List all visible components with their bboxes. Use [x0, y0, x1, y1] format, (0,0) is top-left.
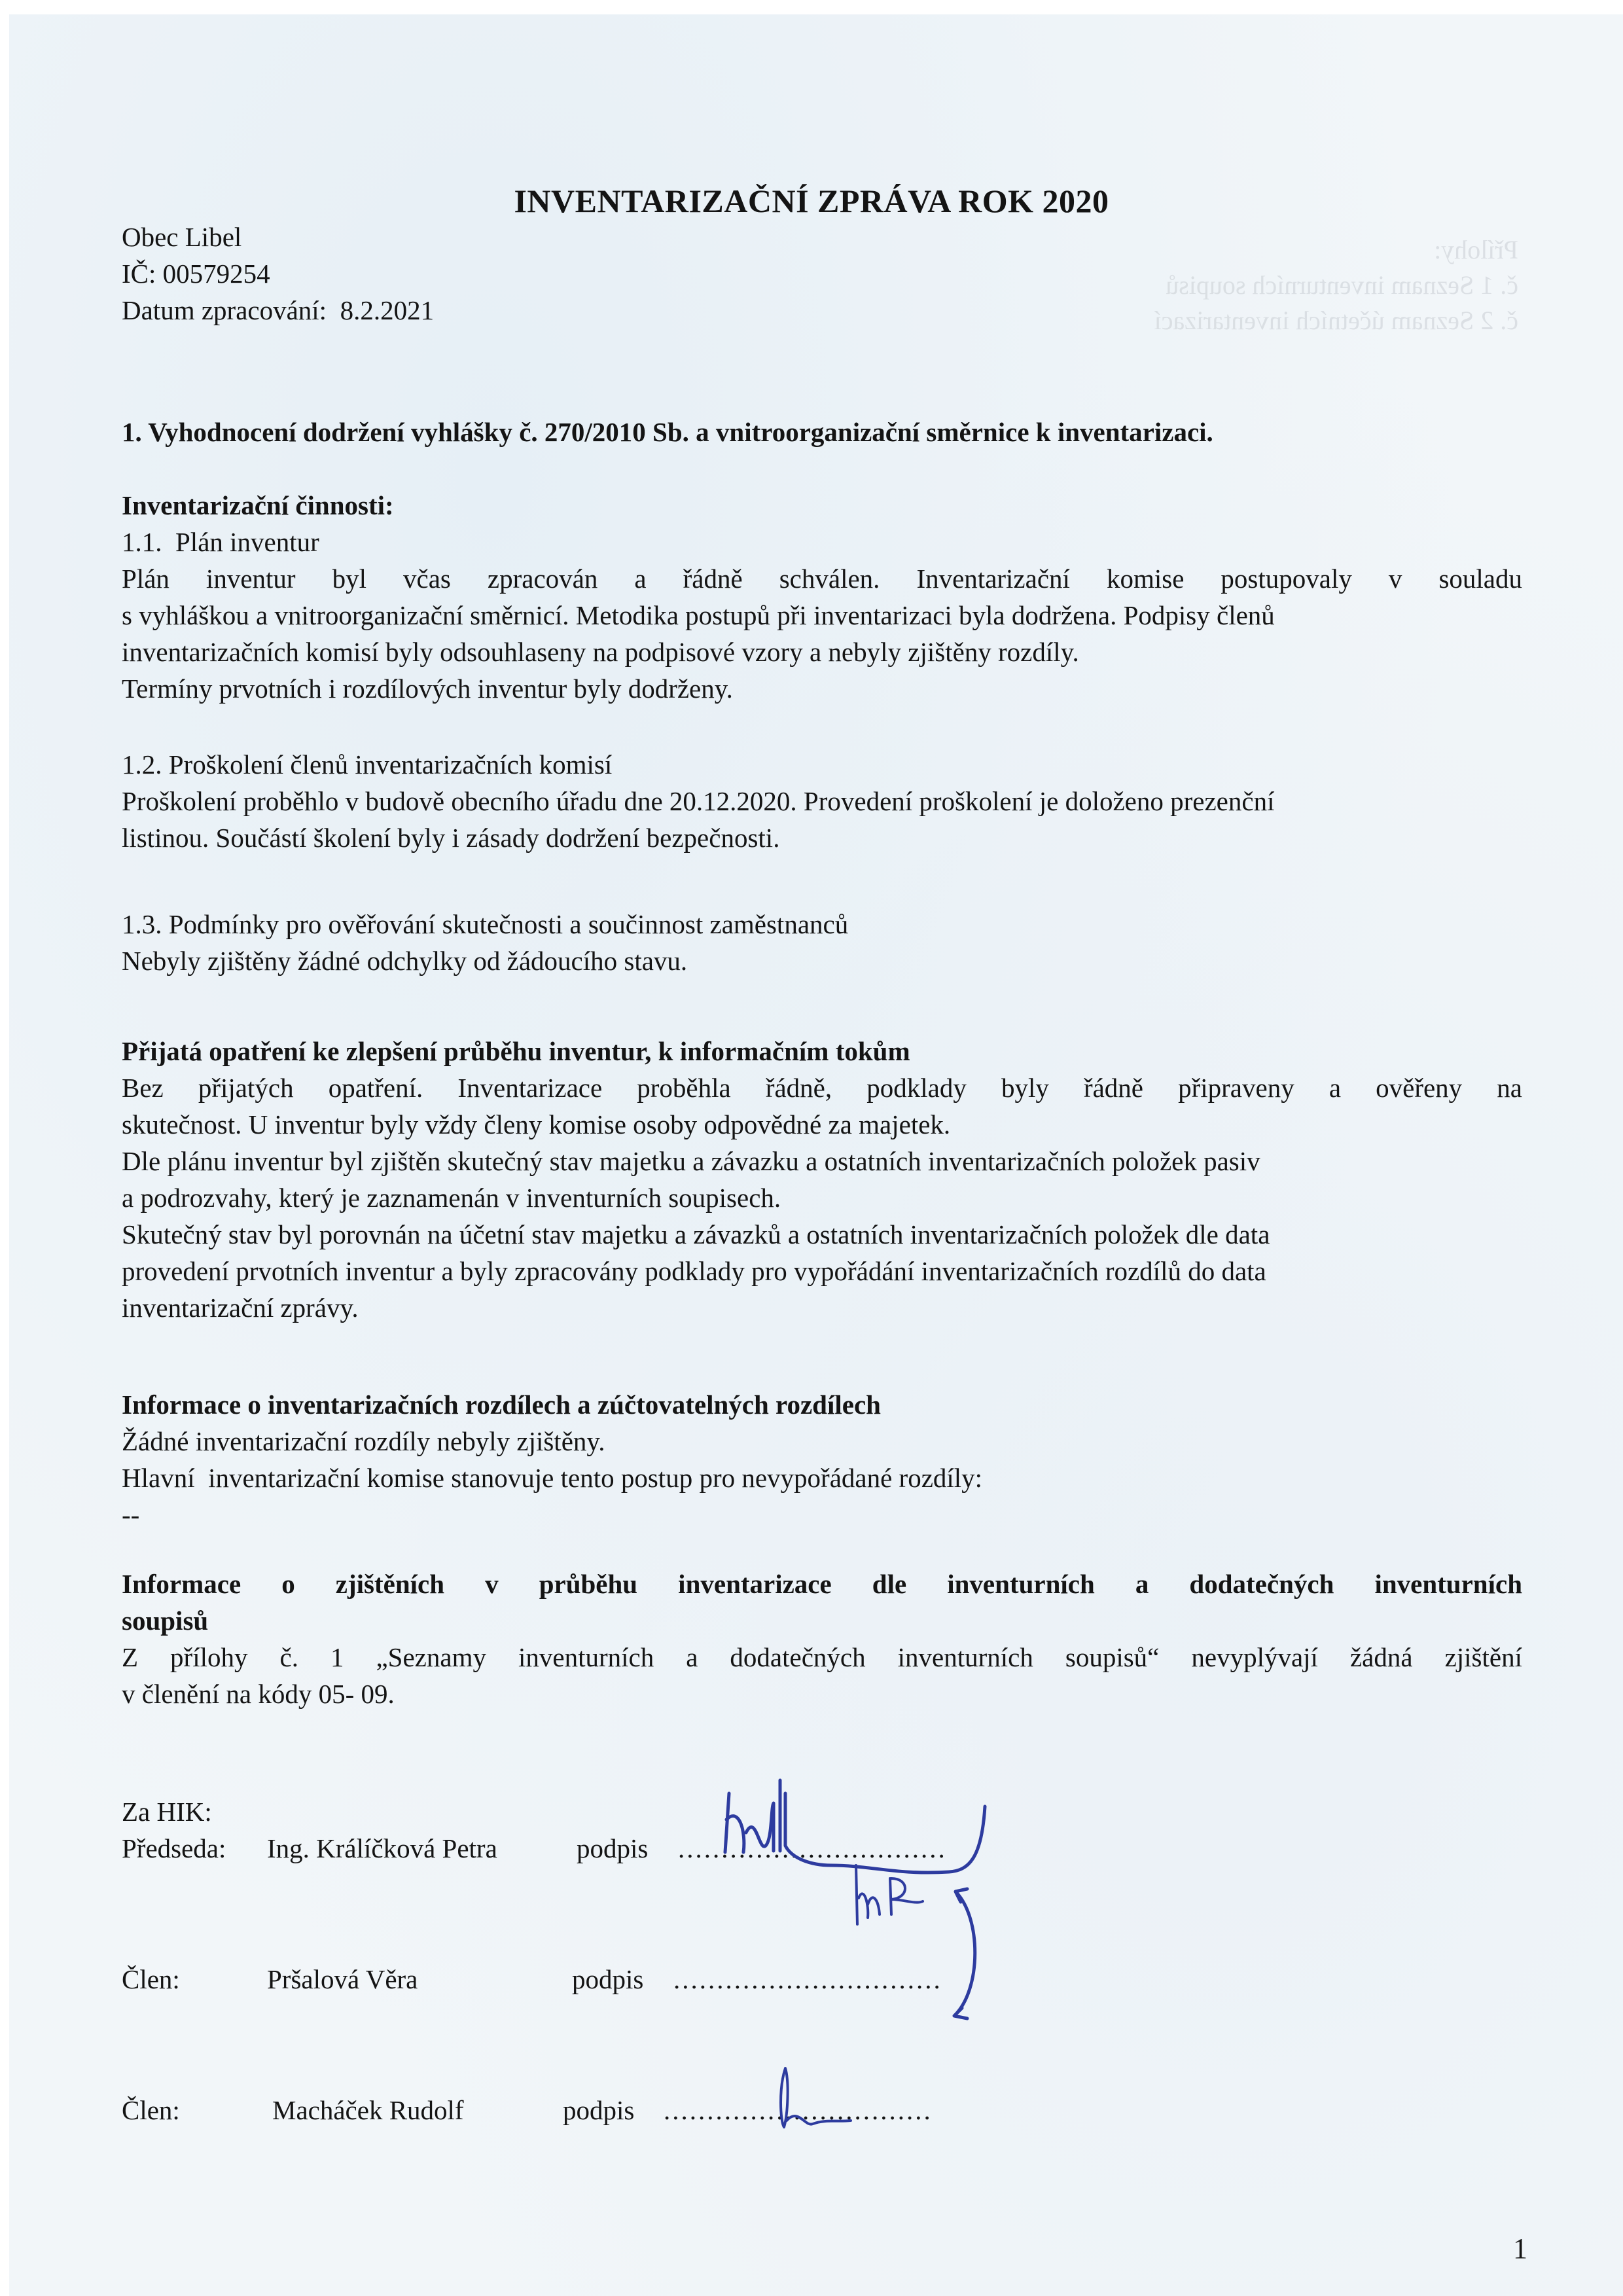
- date-label: Datum zpracování:: [122, 295, 327, 325]
- role-label: Člen:: [122, 2092, 180, 2128]
- section-1: 1. Vyhodnocení dodržení vyhlášky č. 270/…: [122, 414, 1522, 450]
- paragraph-line: Proškolení proběhlo v budově obecního úř…: [122, 783, 1522, 819]
- document-title: INVENTARIZAČNÍ ZPRÁVA ROK 2020: [0, 182, 1623, 220]
- findings-heading: Informace o zjištěních v průběhu inventa…: [122, 1566, 1522, 1602]
- ico-number: IČ: 00579254: [122, 255, 1522, 292]
- signature-label: podpis: [572, 1961, 643, 1998]
- findings-heading-cont: soupisů: [122, 1602, 1522, 1639]
- member-name: Pršalová Věra: [267, 1961, 418, 1998]
- paragraph-line: Termíny prvotních i rozdílových inventur…: [122, 670, 1522, 707]
- paragraph-line: inventarizační zprávy.: [122, 1289, 1522, 1326]
- paragraph-line: a podrozvahy, který je zaznamenán v inve…: [122, 1179, 1522, 1216]
- paragraph-line: Nebyly zjištěny žádné odchylky od žádouc…: [122, 942, 1522, 979]
- role-label: Předseda:: [122, 1830, 226, 1867]
- differences-heading: Informace o inventarizačních rozdílech a…: [122, 1386, 1522, 1423]
- subsection-1-1: Inventarizační činnosti: 1.1. Plán inven…: [122, 487, 1522, 707]
- activities-heading: Inventarizační činnosti:: [122, 487, 1522, 524]
- measures-heading: Přijatá opatření ke zlepšení průběhu inv…: [122, 1033, 1522, 1069]
- paragraph-line: Skutečný stav byl porovnán na účetní sta…: [122, 1216, 1522, 1253]
- paragraph-line: provedení prvotních inventur a byly zpra…: [122, 1253, 1522, 1289]
- member-name: Macháček Rudolf: [272, 2092, 464, 2128]
- paragraph-line: Dle plánu inventur byl zjištěn skutečný …: [122, 1143, 1522, 1179]
- findings-section: Informace o zjištěních v průběhu inventa…: [122, 1566, 1522, 1712]
- subsection-title: 1.1. Plán inventur: [122, 524, 1522, 560]
- member-name: Ing. Králíčková Petra: [267, 1830, 497, 1867]
- paragraph-line: skutečnost. U inventur byly vždy členy k…: [122, 1106, 1522, 1143]
- subsection-title: 1.3. Podmínky pro ověřování skutečnosti …: [122, 906, 1522, 942]
- paragraph-line: Hlavní inventarizační komise stanovuje t…: [122, 1460, 1522, 1496]
- paragraph-line: listinou. Součástí školení byly i zásady…: [122, 819, 1522, 856]
- section-1-heading: 1. Vyhodnocení dodržení vyhlášky č. 270/…: [122, 414, 1522, 450]
- role-label: Člen:: [122, 1961, 180, 1998]
- document-header: Obec Libel IČ: 00579254 Datum zpracování…: [122, 219, 1522, 329]
- differences-section: Informace o inventarizačních rozdílech a…: [122, 1386, 1522, 1533]
- date-value: 8.2.2021: [340, 295, 435, 325]
- paragraph-line: Bez přijatých opatření. Inventarizace pr…: [122, 1069, 1522, 1106]
- processing-date: Datum zpracování: 8.2.2021: [122, 292, 1522, 329]
- measures-section: Přijatá opatření ke zlepšení průběhu inv…: [122, 1033, 1522, 1326]
- paragraph-line: inventarizačních komisí byly odsouhlasen…: [122, 634, 1522, 670]
- subsection-title: 1.2. Proškolení členů inventarizačních k…: [122, 746, 1522, 783]
- handwritten-signature-member-1: [851, 1859, 1047, 2055]
- handwritten-signature-member-2: [772, 2062, 903, 2140]
- municipality-name: Obec Libel: [122, 219, 1522, 255]
- paragraph-line: Plán inventur byl včas zpracován a řádně…: [122, 560, 1522, 597]
- subsection-1-3: 1.3. Podmínky pro ověřování skutečnosti …: [122, 906, 1522, 979]
- signature-label: podpis: [563, 2092, 634, 2128]
- signature-label: podpis: [577, 1830, 648, 1867]
- paragraph-line: --: [122, 1496, 1522, 1533]
- paragraph-line: v členění na kódy 05- 09.: [122, 1676, 1522, 1712]
- subsection-1-2: 1.2. Proškolení členů inventarizačních k…: [122, 746, 1522, 856]
- paragraph-line: s vyhláškou a vnitroorganizační směrnicí…: [122, 597, 1522, 634]
- paragraph-line: Žádné inventarizační rozdíly nebyly zjiš…: [122, 1423, 1522, 1460]
- page-number: 1: [1513, 2232, 1527, 2265]
- paragraph-line: Z přílohy č. 1 „Seznamy inventurních a d…: [122, 1639, 1522, 1676]
